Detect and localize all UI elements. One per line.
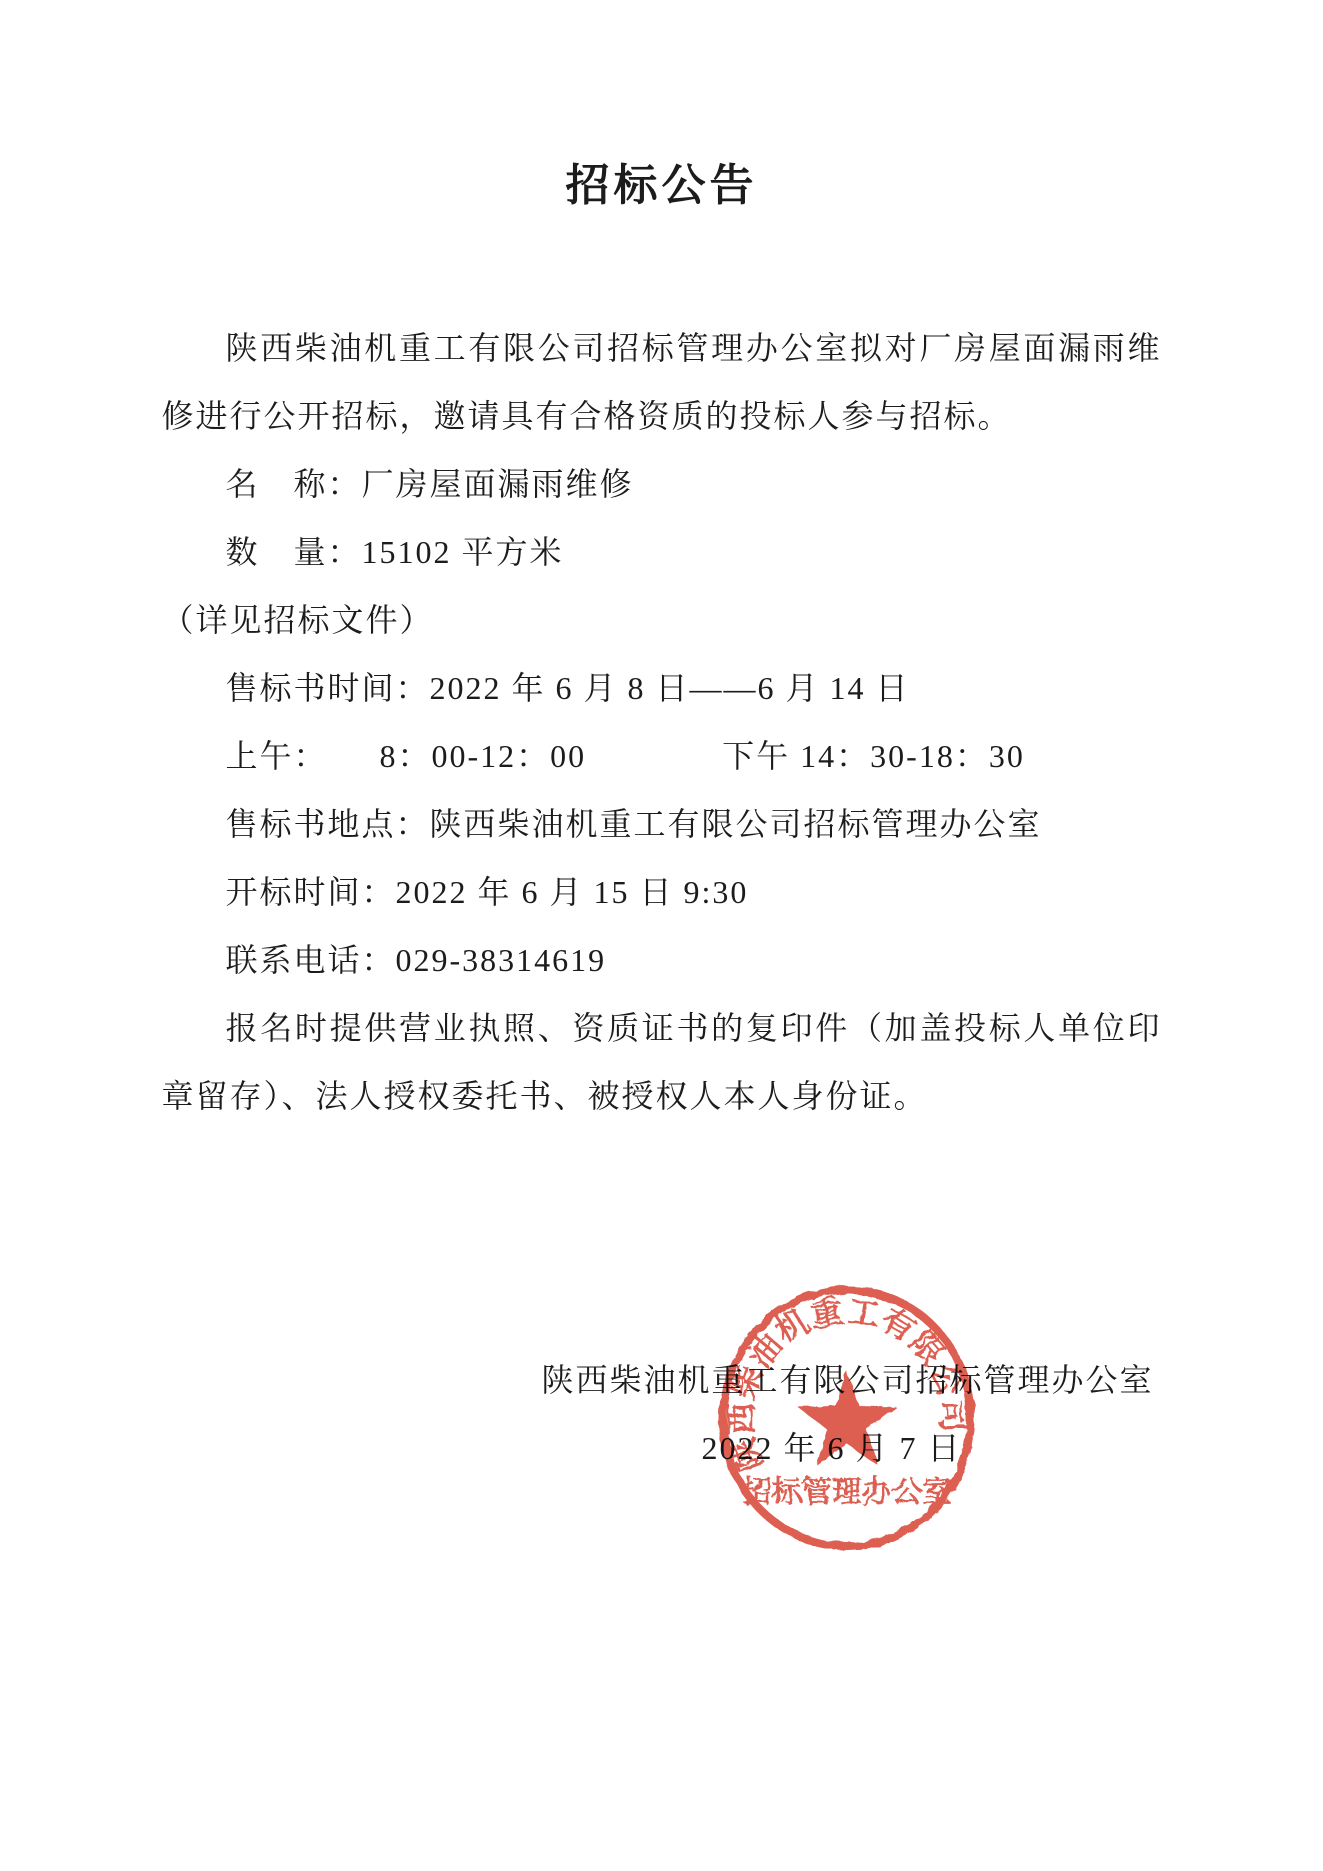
signature-date: 2022 年 6 月 7 日 xyxy=(162,1414,1162,1482)
name-line: 名 称：厂房屋面漏雨维修 xyxy=(162,450,1162,518)
document-page: 招标公告 陕西柴油机重工有限公司招标管理办公室拟对厂房屋面漏雨维修进行公开招标，… xyxy=(0,0,1323,1871)
signature-org: 陕西柴油机重工有限公司招标管理办公室 xyxy=(162,1346,1162,1414)
see-docs-note: （详见招标文件） xyxy=(162,586,1162,654)
document-body: 陕西柴油机重工有限公司招标管理办公室拟对厂房屋面漏雨维修进行公开招标，邀请具有合… xyxy=(162,314,1162,1130)
intro-paragraph: 陕西柴油机重工有限公司招标管理办公室拟对厂房屋面漏雨维修进行公开招标，邀请具有合… xyxy=(162,314,1162,450)
phone-line: 联系电话：029-38314619 xyxy=(162,926,1162,994)
sale-place-line: 售标书地点：陕西柴油机重工有限公司招标管理办公室 xyxy=(162,790,1162,858)
sale-time-line: 售标书时间：2022 年 6 月 8 日——6 月 14 日 xyxy=(162,654,1162,722)
page-title: 招标公告 xyxy=(0,158,1323,214)
requirements-paragraph: 报名时提供营业执照、资质证书的复印件（加盖投标人单位印章留存）、法人授权委托书、… xyxy=(162,994,1162,1130)
quantity-line: 数 量：15102 平方米 xyxy=(162,518,1162,586)
open-time-line: 开标时间：2022 年 6 月 15 日 9:30 xyxy=(162,858,1162,926)
hours-line: 上午： 8：00-12：00 下午 14：30-18：30 xyxy=(162,722,1162,790)
signature-block: 陕西柴油机重工有限公司招标管理办公室 2022 年 6 月 7 日 xyxy=(162,1346,1162,1482)
